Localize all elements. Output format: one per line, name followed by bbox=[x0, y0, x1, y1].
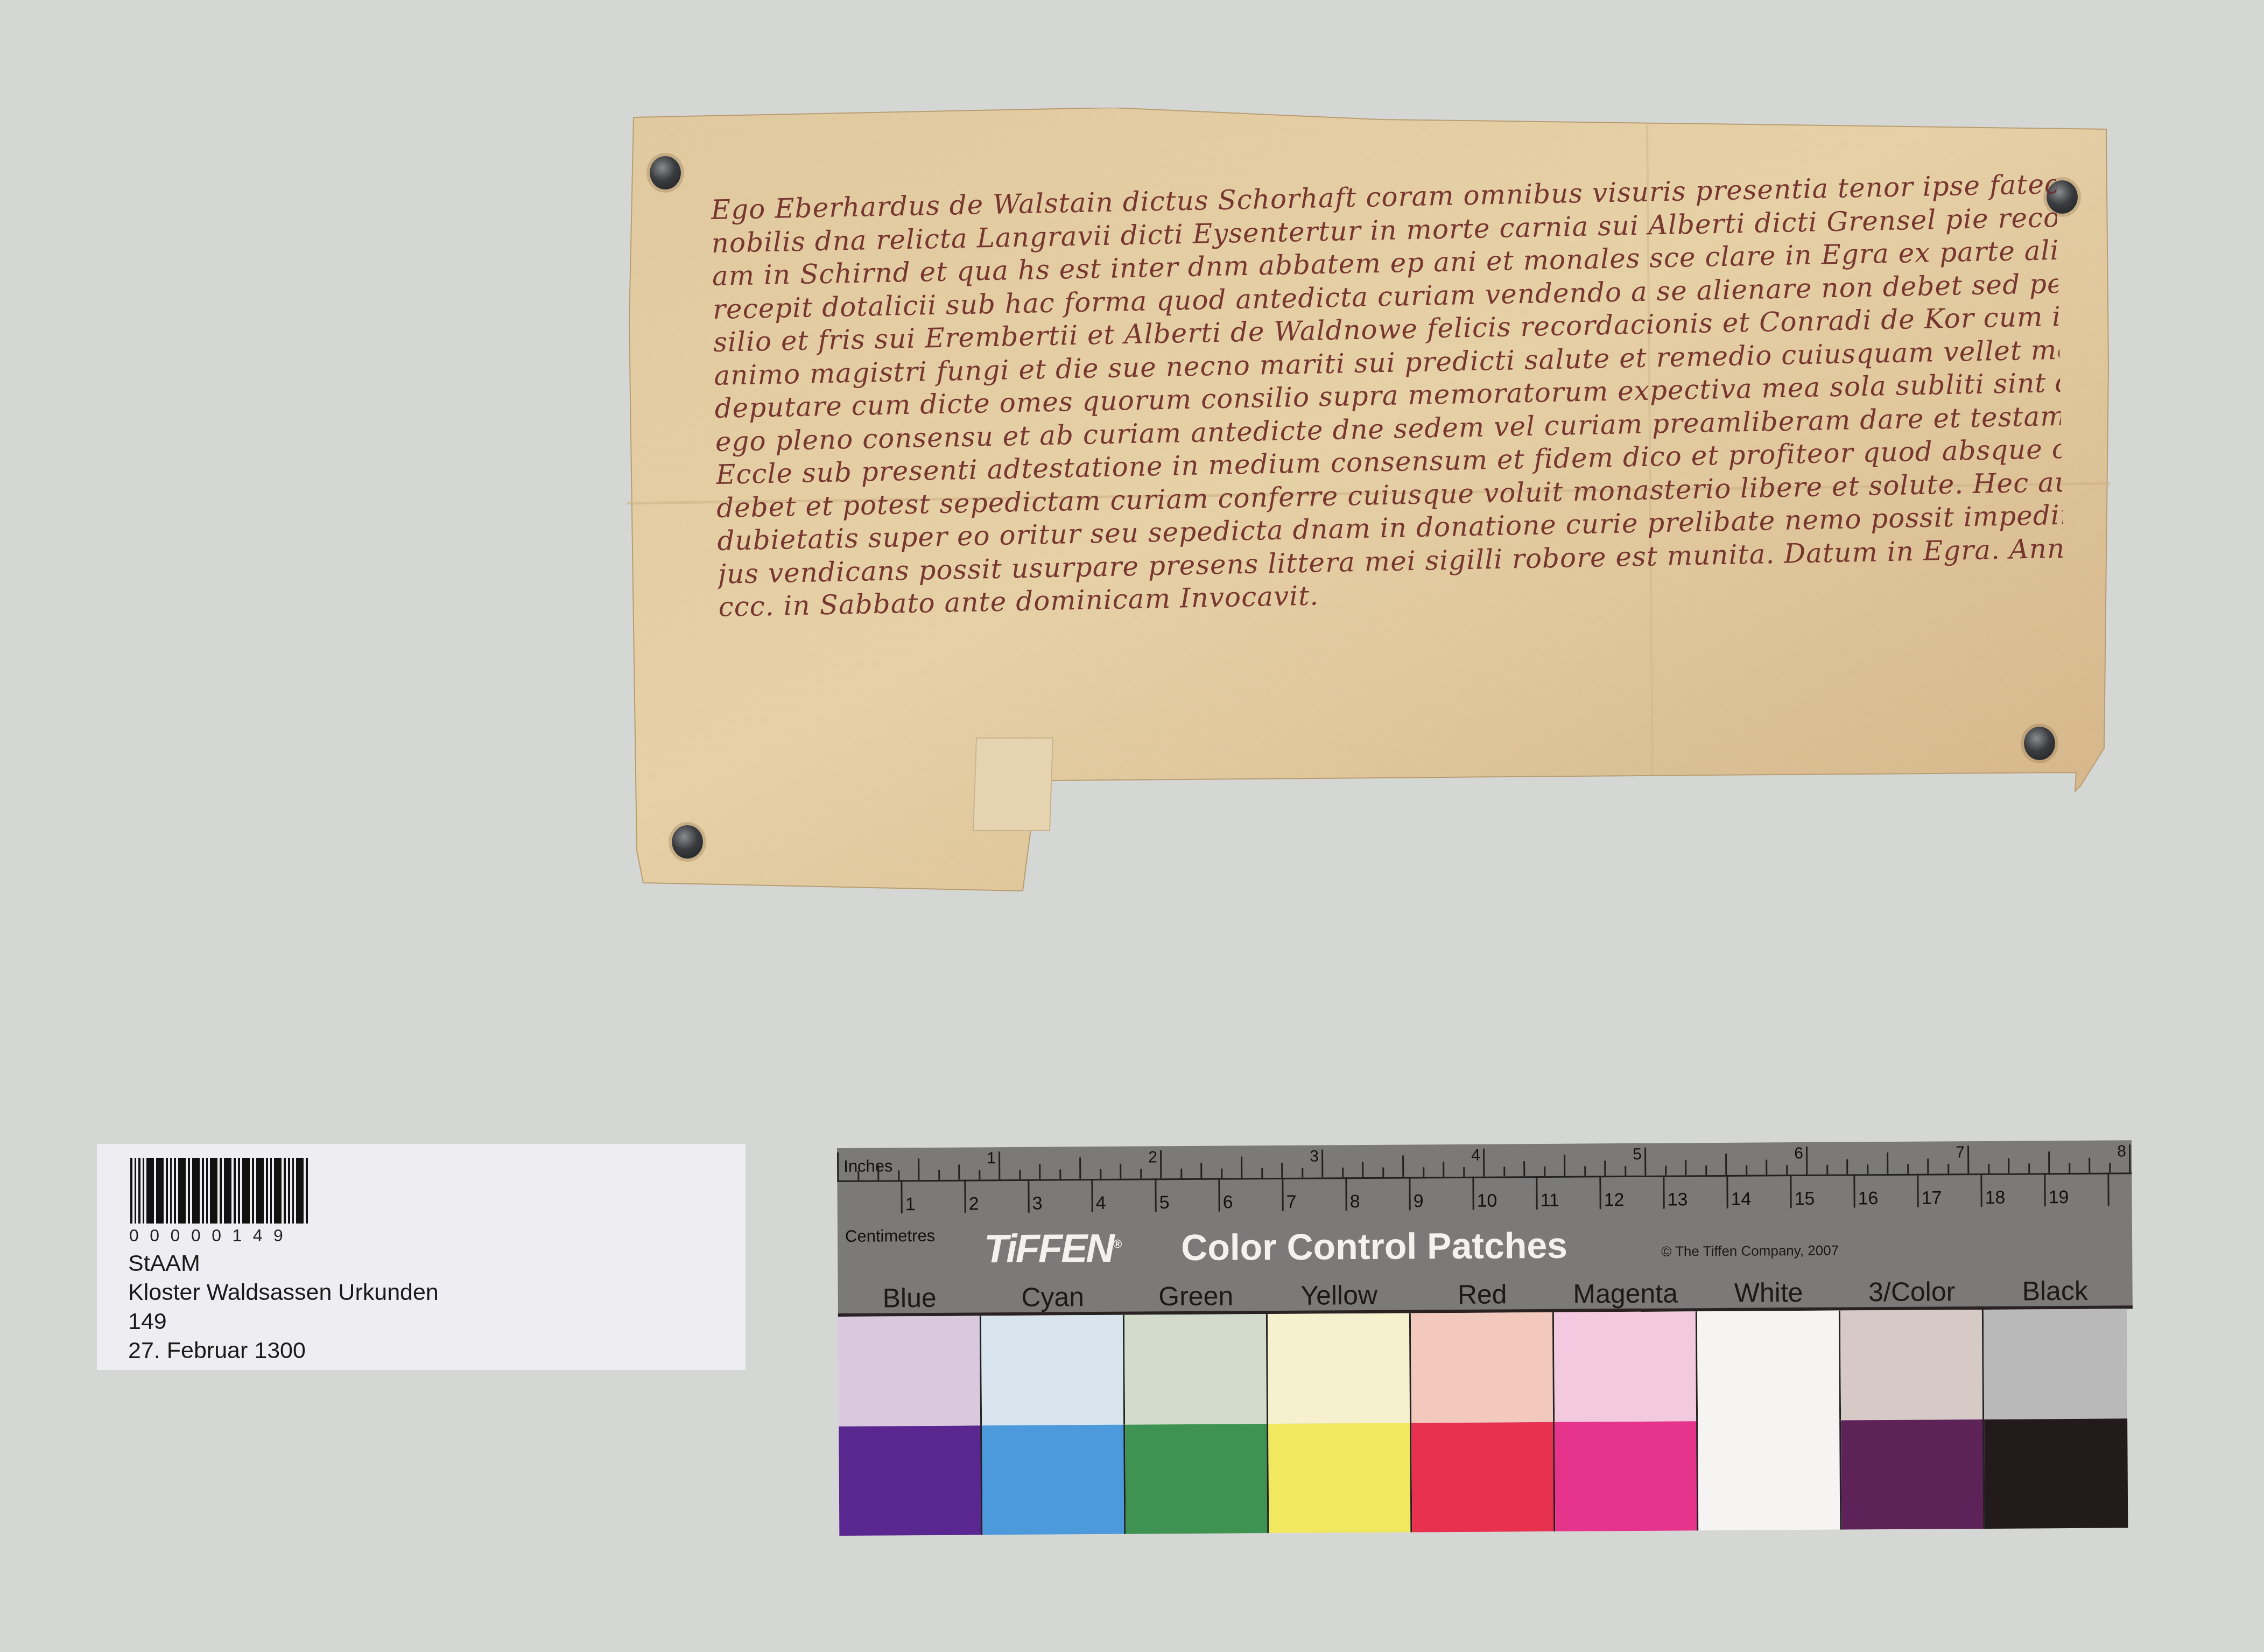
inch-tick bbox=[837, 1152, 839, 1180]
inch-number: 2 bbox=[1148, 1148, 1157, 1166]
inch-tick bbox=[1967, 1145, 1969, 1173]
inch-tick bbox=[1766, 1159, 1767, 1175]
inch-tick bbox=[1059, 1169, 1061, 1179]
cm-number: 9 bbox=[1414, 1191, 1424, 1212]
inch-tick bbox=[1867, 1164, 1868, 1174]
color-patch-dark bbox=[1841, 1419, 1985, 1530]
cm-number: 6 bbox=[1223, 1192, 1233, 1213]
inches-label: Inches bbox=[843, 1156, 893, 1176]
inch-tick bbox=[1685, 1160, 1686, 1175]
inch-tick bbox=[1503, 1166, 1505, 1176]
cm-tick bbox=[1599, 1176, 1601, 1209]
cm-tick bbox=[1853, 1174, 1855, 1207]
inch-tick bbox=[1725, 1154, 1727, 1175]
inch-number: 1 bbox=[987, 1149, 996, 1168]
color-patch-dark bbox=[1268, 1423, 1412, 1533]
cm-tick bbox=[1409, 1177, 1410, 1210]
color-patch-dark bbox=[982, 1425, 1126, 1535]
cm-tick bbox=[1472, 1177, 1474, 1210]
tiffen-color-chart: 1234567812345678910111213141516171819 In… bbox=[837, 1140, 2134, 1536]
color-patch-dark bbox=[1698, 1421, 1841, 1531]
cm-tick bbox=[1790, 1175, 1791, 1208]
inch-tick bbox=[1443, 1162, 1444, 1177]
cm-number: 10 bbox=[1477, 1191, 1497, 1212]
color-patch-light bbox=[1124, 1314, 1268, 1425]
color-patch-light bbox=[1411, 1312, 1555, 1423]
inch-tick bbox=[1342, 1168, 1344, 1177]
patch-label: White bbox=[1697, 1277, 1840, 1309]
inch-tick bbox=[1523, 1161, 1525, 1176]
inch-tick bbox=[1564, 1155, 1565, 1176]
inch-tick bbox=[1362, 1162, 1363, 1177]
inch-tick bbox=[958, 1165, 960, 1180]
inch-tick bbox=[1806, 1147, 1808, 1175]
ruler-ticks: 1234567812345678910111213141516171819 bbox=[837, 1140, 2132, 1148]
cm-number: 4 bbox=[1096, 1193, 1106, 1214]
inch-tick bbox=[1746, 1165, 1747, 1175]
color-patch-dark bbox=[1984, 1418, 2128, 1529]
cm-number: 11 bbox=[1541, 1190, 1560, 1211]
inch-tick bbox=[1100, 1169, 1101, 1179]
inch-tick bbox=[1200, 1163, 1202, 1178]
inch-tick bbox=[1281, 1163, 1283, 1178]
inch-number: 3 bbox=[1310, 1148, 1319, 1166]
rivet-icon bbox=[650, 156, 681, 189]
rivet-icon bbox=[2024, 727, 2055, 760]
manuscript-text: Ego Eberhardus de Walstain dictus Schorh… bbox=[711, 168, 2064, 624]
inch-tick bbox=[1302, 1168, 1303, 1178]
cm-tick bbox=[1091, 1179, 1093, 1212]
inch-tick bbox=[1261, 1168, 1263, 1178]
inch-tick bbox=[898, 1170, 899, 1180]
cm-number: 16 bbox=[1858, 1188, 1878, 1209]
patch-label: Magenta bbox=[1554, 1277, 1697, 1310]
patch-label: 3/Color bbox=[1840, 1276, 1983, 1308]
seal-tag-slit bbox=[973, 737, 1053, 831]
registered-mark: ® bbox=[1113, 1237, 1120, 1250]
inch-tick bbox=[1665, 1166, 1667, 1176]
inch-tick bbox=[1180, 1169, 1182, 1178]
inch-tick bbox=[1947, 1164, 1949, 1173]
barcode-number: 00000149 bbox=[129, 1226, 237, 1246]
inch-tick bbox=[1826, 1165, 1828, 1175]
inch-number: 7 bbox=[1956, 1143, 1965, 1162]
cm-tick bbox=[1663, 1176, 1664, 1209]
inch-tick bbox=[1160, 1150, 1162, 1178]
inch-tick bbox=[2008, 1158, 2009, 1173]
light-patch-row bbox=[838, 1309, 2133, 1426]
cm-number: 8 bbox=[1350, 1191, 1360, 1212]
inch-tick bbox=[1584, 1166, 1586, 1176]
rivet-icon bbox=[672, 825, 703, 859]
archive-label-card: 00000149 StAAM Kloster Waldsassen Urkund… bbox=[97, 1144, 746, 1370]
chart-title: Color Control Patches bbox=[1181, 1225, 1567, 1269]
inch-tick bbox=[1321, 1149, 1323, 1177]
color-patch-light bbox=[1697, 1311, 1841, 1422]
inch-tick bbox=[2069, 1163, 2070, 1173]
patch-label: Red bbox=[1411, 1278, 1554, 1311]
color-patch-light bbox=[1554, 1311, 1698, 1422]
inch-tick bbox=[938, 1170, 940, 1180]
cm-tick bbox=[901, 1180, 902, 1213]
inch-number: 5 bbox=[1633, 1145, 1642, 1164]
copyright-text: © The Tiffen Company, 2007 bbox=[1661, 1242, 1839, 1260]
inch-tick bbox=[2109, 1163, 2111, 1173]
inch-tick bbox=[1786, 1165, 1788, 1175]
cm-number: 7 bbox=[1286, 1192, 1297, 1213]
inch-tick bbox=[1483, 1149, 1485, 1177]
patch-label: Cyan bbox=[981, 1281, 1124, 1313]
barcode-icon bbox=[130, 1158, 310, 1224]
cm-number: 1 bbox=[905, 1194, 916, 1215]
inch-tick bbox=[1887, 1152, 1888, 1174]
inch-tick bbox=[1644, 1148, 1646, 1176]
inch-tick bbox=[1907, 1164, 1909, 1174]
inch-tick bbox=[1382, 1168, 1384, 1177]
inch-tick bbox=[1079, 1157, 1081, 1179]
document-date: 27. Februar 1300 bbox=[128, 1338, 306, 1364]
color-patch-light bbox=[981, 1315, 1125, 1426]
color-patch-light bbox=[1840, 1310, 1984, 1421]
patch-label: Green bbox=[1124, 1280, 1268, 1312]
cm-tick bbox=[1536, 1176, 1537, 1210]
cm-number: 14 bbox=[1731, 1189, 1751, 1210]
inch-tick bbox=[1625, 1166, 1626, 1176]
cm-tick bbox=[1155, 1178, 1156, 1212]
patch-label: Yellow bbox=[1268, 1279, 1411, 1311]
cm-number: 3 bbox=[1032, 1193, 1043, 1214]
cm-number: 19 bbox=[2048, 1187, 2069, 1208]
color-patch-light bbox=[838, 1316, 982, 1426]
inch-tick bbox=[1140, 1169, 1142, 1179]
inch-tick bbox=[1544, 1166, 1545, 1176]
cm-number: 18 bbox=[1985, 1187, 2005, 1208]
tiffen-logo: TiFFEN® bbox=[984, 1225, 1120, 1272]
cm-tick bbox=[2044, 1173, 2045, 1206]
inch-tick bbox=[999, 1151, 1000, 1179]
cm-number: 15 bbox=[1794, 1189, 1815, 1210]
collection-name: Kloster Waldsassen Urkunden bbox=[128, 1280, 439, 1306]
color-patch-dark bbox=[839, 1425, 982, 1536]
inch-number: 4 bbox=[1471, 1147, 1480, 1165]
inch-tick bbox=[1705, 1165, 1707, 1175]
cm-tick bbox=[1028, 1179, 1029, 1213]
chart-header: 1234567812345678910111213141516171819 In… bbox=[837, 1140, 2133, 1317]
cm-number: 17 bbox=[1921, 1187, 1942, 1208]
inch-tick bbox=[1120, 1164, 1121, 1179]
cm-tick bbox=[1345, 1177, 1347, 1211]
dark-patch-row bbox=[839, 1418, 2134, 1536]
inch-tick bbox=[1039, 1164, 1040, 1179]
inch-tick bbox=[1402, 1156, 1404, 1177]
inch-tick bbox=[1604, 1161, 1606, 1176]
inch-tick bbox=[1241, 1156, 1242, 1178]
patch-label: Blue bbox=[838, 1282, 981, 1314]
inch-tick bbox=[2028, 1163, 2030, 1173]
color-patch-light bbox=[1984, 1309, 2127, 1419]
archive-name: StAAM bbox=[128, 1250, 200, 1277]
inch-number: 8 bbox=[2117, 1142, 2126, 1161]
inch-tick bbox=[2048, 1151, 2050, 1173]
inch-number: 6 bbox=[1794, 1144, 1803, 1163]
patch-label: Black bbox=[1983, 1275, 2126, 1307]
inch-tick bbox=[1927, 1159, 1929, 1174]
cm-tick bbox=[1282, 1178, 1283, 1211]
document-number: 149 bbox=[128, 1309, 167, 1335]
color-patch-dark bbox=[1555, 1421, 1698, 1531]
cm-number: 2 bbox=[969, 1193, 979, 1214]
centimetres-label: Centimetres bbox=[845, 1226, 935, 1246]
inch-tick bbox=[2089, 1158, 2090, 1173]
cm-tick bbox=[2107, 1173, 2109, 1206]
color-patch-dark bbox=[1125, 1424, 1269, 1534]
inch-tick bbox=[1846, 1159, 1848, 1175]
inch-tick bbox=[1988, 1164, 1989, 1173]
cm-number: 12 bbox=[1604, 1190, 1624, 1211]
cm-number: 5 bbox=[1159, 1192, 1170, 1213]
inch-tick bbox=[2129, 1144, 2131, 1172]
brand-name: TiFFEN bbox=[984, 1226, 1113, 1271]
inch-tick bbox=[1423, 1167, 1424, 1177]
color-patch-dark bbox=[1411, 1422, 1555, 1533]
cm-tick bbox=[1218, 1178, 1220, 1212]
cm-tick bbox=[1917, 1174, 1918, 1207]
inch-tick bbox=[1019, 1170, 1021, 1179]
cm-number: 13 bbox=[1667, 1189, 1688, 1210]
cm-tick bbox=[964, 1180, 966, 1213]
patch-labels: BlueCyanGreenYellowRedMagentaWhite3/Colo… bbox=[837, 1140, 2132, 1148]
inch-tick bbox=[1463, 1167, 1465, 1177]
cm-tick bbox=[1726, 1175, 1728, 1208]
inch-tick bbox=[918, 1158, 919, 1180]
cm-tick bbox=[1980, 1173, 1982, 1207]
inch-tick bbox=[1221, 1169, 1222, 1178]
inch-tick bbox=[979, 1170, 980, 1179]
color-patch-light bbox=[1268, 1313, 1411, 1424]
